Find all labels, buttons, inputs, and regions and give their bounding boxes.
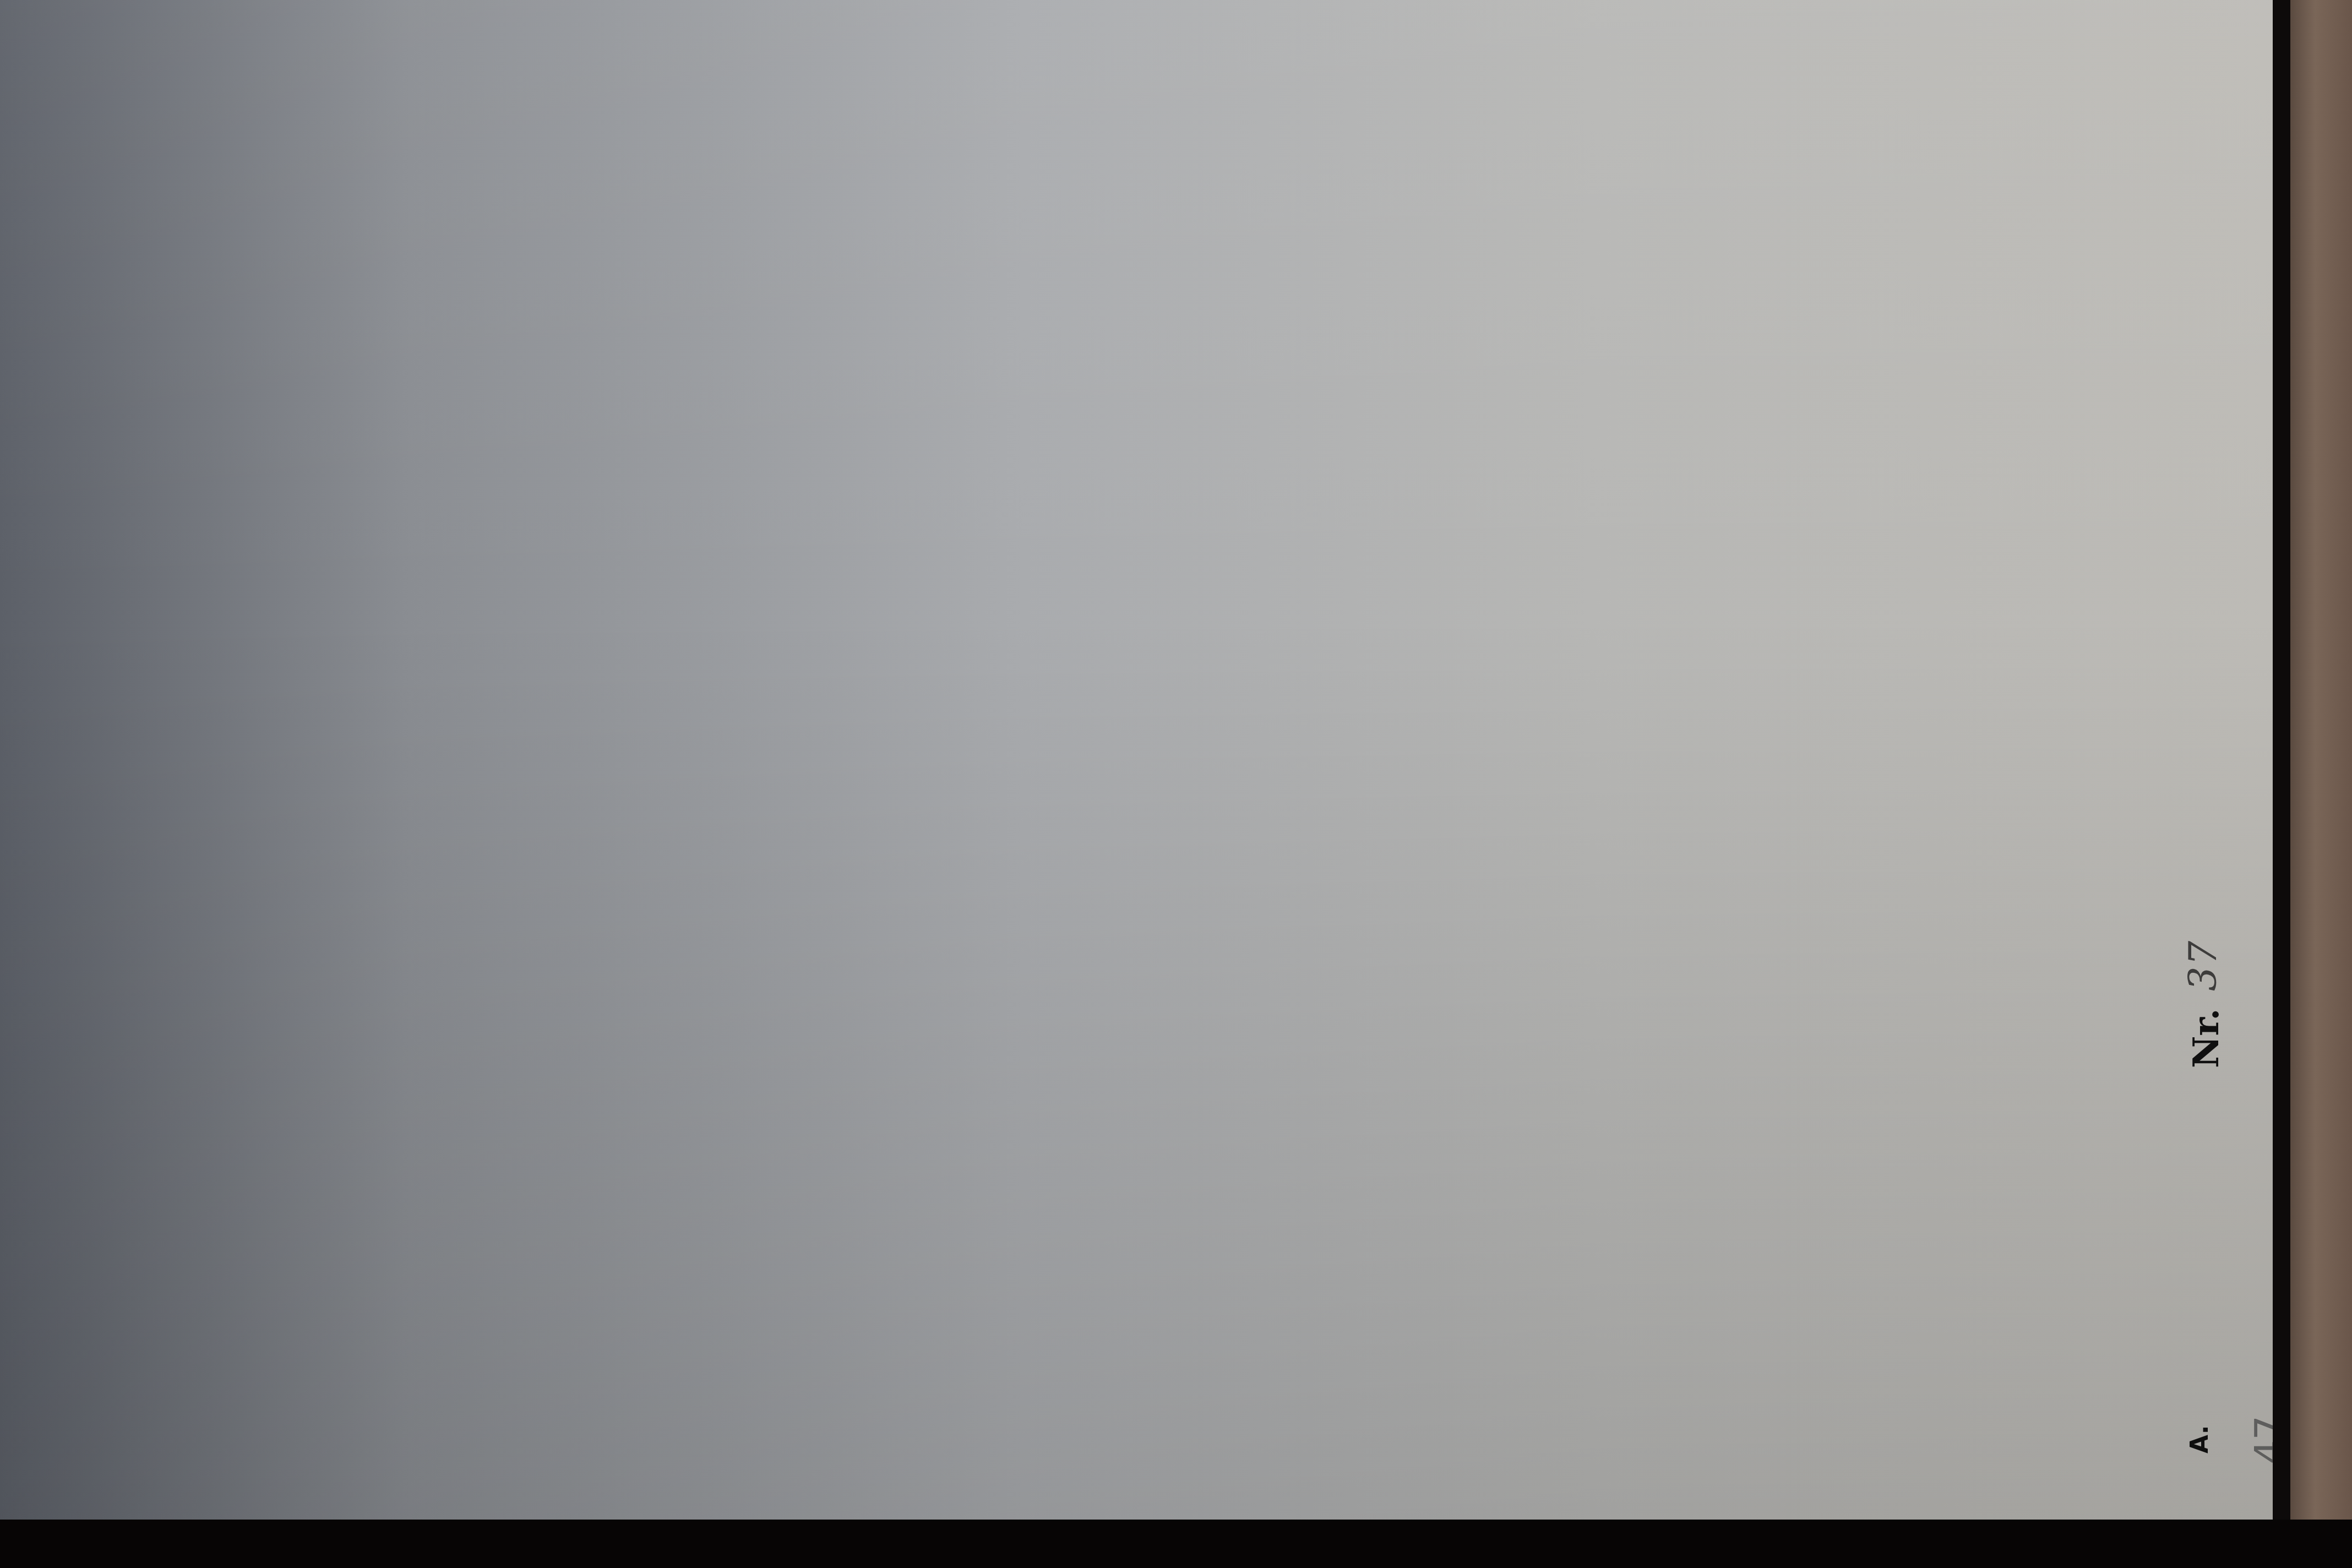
register-page: A. 47 Nr. 37 Straßburg am 20ten November…	[0, 0, 2273, 1520]
birth-register-form: A. 47 Nr. 37 Straßburg am 20ten November…	[2164, 540, 2273, 1487]
table-surface	[2290, 0, 2352, 1568]
entry-number-value: 37	[2180, 940, 2225, 991]
handwritten-place: Straßburg	[2268, 1276, 2273, 1464]
entry-number-label: Nr.	[2186, 1008, 2227, 1068]
register-letter: A.	[2186, 1425, 2214, 1453]
book-cover-edge	[0, 1520, 2352, 1568]
